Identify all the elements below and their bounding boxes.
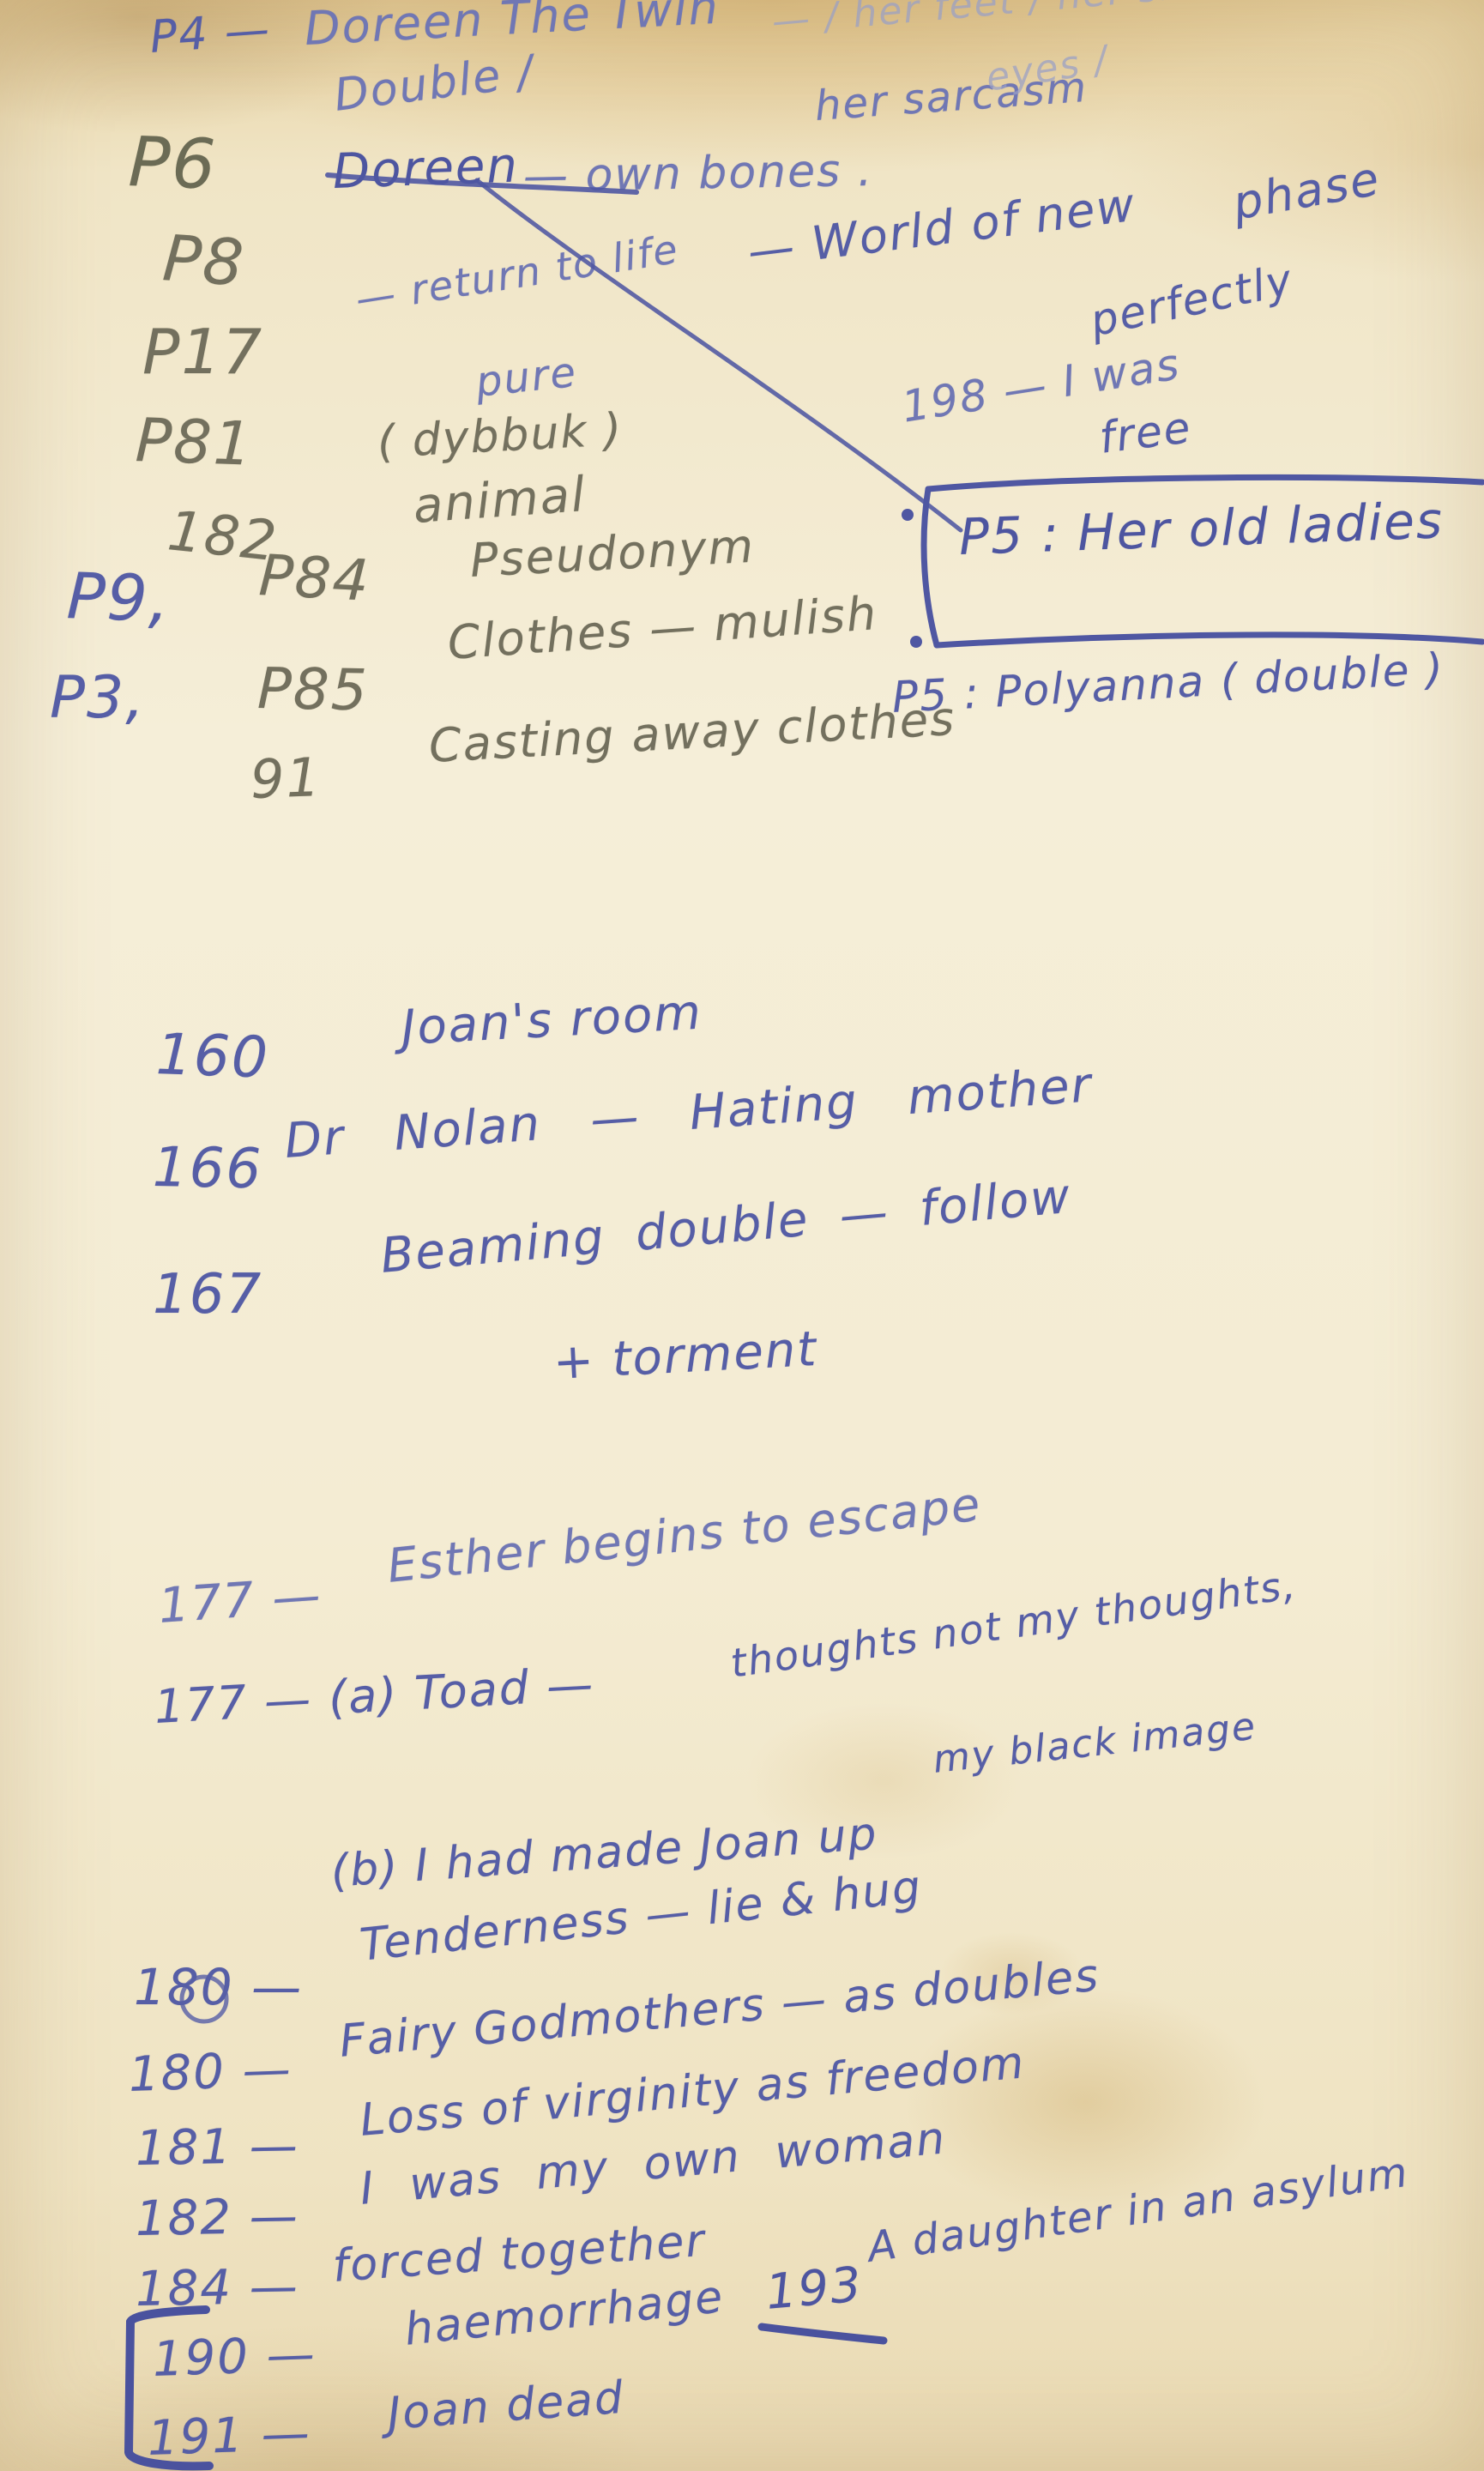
page-ref-167: 167 xyxy=(153,1263,262,1326)
box-dot-top xyxy=(902,509,914,521)
old-ladies-box-left xyxy=(924,489,937,645)
note-clothes-mulish: Clothes — mulish xyxy=(446,586,879,670)
note-thoughts-not-my-thoughts: thoughts not my thoughts, xyxy=(727,1562,1300,1687)
page-ref-190: 190 — xyxy=(152,2326,317,2388)
note-pseudonym: Pseudonym xyxy=(468,519,756,588)
note-perfectly: perfectly xyxy=(1086,255,1298,347)
underline-193 xyxy=(762,2327,884,2341)
page-ref-160: 160 xyxy=(155,1021,271,1091)
note-doreen-title: Doreen The Twin xyxy=(303,0,721,56)
page-ref-177a: 177 — xyxy=(157,1568,324,1634)
note-faint-her-feet: — / her feet / her sm — xyxy=(770,0,1253,44)
note-joan-dead: Joan dead xyxy=(386,2372,626,2440)
page-ref-184: 184 — xyxy=(135,2259,299,2317)
page-ref-p9: P9, xyxy=(65,559,172,637)
page-ref-p3: P3, xyxy=(50,664,146,732)
page-ref-193: 193 xyxy=(763,2257,865,2321)
note-double: Double / xyxy=(331,46,537,122)
page-ref-p84: P84 xyxy=(257,542,372,614)
page-ref-p85: P85 xyxy=(256,656,369,723)
page-ref-91: 91 xyxy=(250,746,323,811)
note-own-bones: — own bones . xyxy=(522,145,873,202)
page-ref-p17: P17 xyxy=(142,316,263,388)
page-ref-p8: P8 xyxy=(160,221,247,300)
note-my-black-image: my black image xyxy=(931,1705,1258,1782)
note-joans-room: Joan's room xyxy=(400,985,703,1056)
page-ref-p6: P6 xyxy=(127,122,218,205)
note-and-torment: + torment xyxy=(552,1321,818,1391)
old-ladies-box-top xyxy=(928,477,1482,489)
page-ref-p81: P81 xyxy=(135,405,255,480)
page-ref-166: 166 xyxy=(152,1136,262,1201)
note-esther-begins-to-escape: Esther begins to escape xyxy=(385,1477,984,1592)
note-her-old-ladies: P5 : Her old ladies xyxy=(958,491,1445,566)
note-dybbuk: ( dybbuk ) xyxy=(376,404,624,468)
page-ref-180a: 180 — xyxy=(134,1958,303,2016)
note-casting-away-clothes: Casting away clothes xyxy=(427,692,956,773)
page-ref-181: 181 — xyxy=(135,2118,299,2177)
page-ref-180b: 180 — xyxy=(128,2041,293,2103)
page-ref-182b: 182 — xyxy=(135,2189,299,2247)
note-beaming-double-follow: Beaming double — follow xyxy=(378,1169,1073,1284)
page-ref-191: 191 — xyxy=(147,2405,312,2467)
note-pure: pure xyxy=(474,348,579,407)
note-free: free xyxy=(1096,402,1194,463)
note-daughter-in-asylum: A daughter in an asylum xyxy=(865,2148,1412,2272)
box-dot-bottom xyxy=(910,636,922,648)
note-faint-eyes: eyes / xyxy=(983,38,1112,100)
note-return-to-life: — return to life xyxy=(353,226,682,323)
note-phase: phase xyxy=(1229,151,1384,230)
page-ref-p4: P4 — xyxy=(148,3,273,63)
note-dr-nolan-hating-mother: Dr Nolan — Hating mother xyxy=(283,1057,1095,1169)
note-polyanna-double: P5 : Polyanna ( double ) xyxy=(890,643,1445,722)
note-animal: animal xyxy=(412,467,588,535)
page-ref-177b: 177 — (a) Toad — xyxy=(153,1657,595,1734)
handwritten-notes-page: P4 — Doreen The Twin — / her feet / her … xyxy=(0,0,1484,2471)
old-ladies-box-bottom xyxy=(937,635,1482,645)
note-doreen-struck: Doreen xyxy=(332,137,520,200)
